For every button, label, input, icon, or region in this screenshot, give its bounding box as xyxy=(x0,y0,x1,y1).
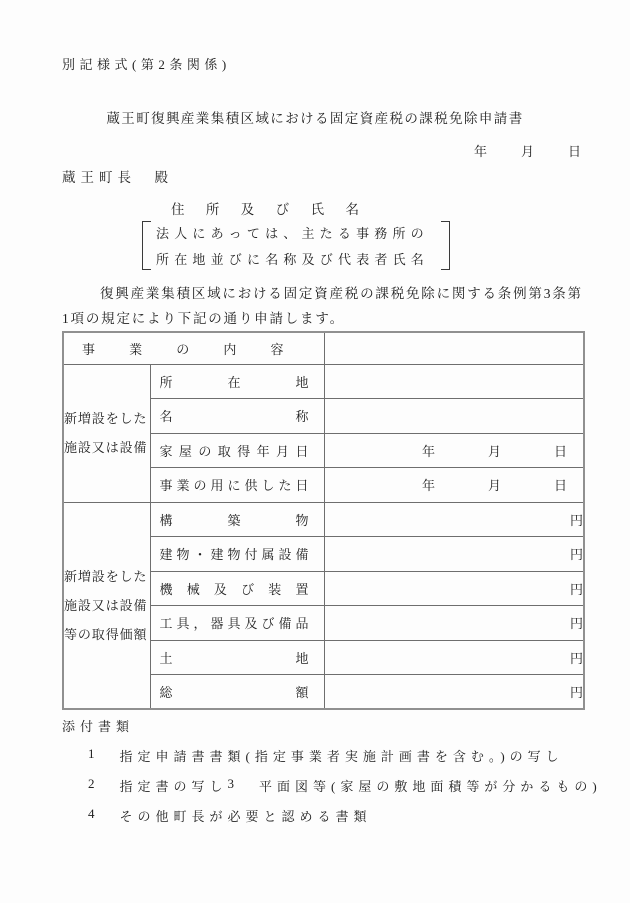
business-content-blank-cell xyxy=(324,332,584,364)
document-page: 別記様式(第2条関係) 蔵王町復興産業集積区域における固定資産税の課税免除申請書… xyxy=(0,0,630,903)
date-line: 年 月 日 xyxy=(62,141,583,160)
location-label: 所在地 xyxy=(151,372,324,391)
buildings-label: 建物・建物付属設備 xyxy=(151,544,324,563)
name-label-cell: 名称 xyxy=(150,399,324,434)
corporate-note-bracket-right xyxy=(441,221,450,270)
attachment-item-text: その他町長が必要と認める書類 xyxy=(120,806,372,825)
addressee-line: 蔵王町長 殿 xyxy=(62,166,173,186)
group1-header-line2: 施設又は設備 xyxy=(64,433,150,462)
machinery-label: 機械及び装置 xyxy=(151,579,324,598)
tools-label: 工具，器具及び備品 xyxy=(151,613,324,632)
group2-header-cell: 新増設をした 施設又は設備 等の取得価額 xyxy=(63,502,150,709)
date-day-label: 日 xyxy=(568,141,581,160)
machinery-label-cell: 機械及び装置 xyxy=(150,571,324,606)
corporate-note-line1: 法人にあっては、主たる事務所の xyxy=(156,223,429,242)
service-date-value-cell: 年 月 日 xyxy=(324,468,584,503)
month-unit-label: 月 xyxy=(488,475,501,494)
business-content-label-cell: 事業の内容 xyxy=(63,332,324,364)
body-text-line2: 1項の規定により下記の通り申請します。 xyxy=(62,307,345,327)
total-label: 総額 xyxy=(151,682,324,701)
tools-label-cell: 工具，器具及び備品 xyxy=(150,606,324,641)
attachment-item-text: 平面図等(家屋の敷地面積等が分かるもの) xyxy=(259,776,602,795)
yen-unit-label: 円 xyxy=(570,685,583,700)
attachment-item-4: 4 その他町長が必要と認める書類 xyxy=(88,806,583,825)
land-label: 土地 xyxy=(151,648,324,667)
group2-header-line2: 施設又は設備 xyxy=(64,591,150,620)
group2-header-line1: 新増設をした xyxy=(64,562,150,591)
attachment-item: 4 その他町長が必要と認める書類 xyxy=(88,806,372,825)
attachment-item: 2 指定書の写し xyxy=(88,776,228,795)
table-row-location: 新増設をした 施設又は設備 所在地 xyxy=(63,364,584,399)
location-blank-cell xyxy=(324,364,584,399)
year-unit-label: 年 xyxy=(422,475,435,494)
day-unit-label: 日 xyxy=(554,475,567,494)
group1-header-cell: 新増設をした 施設又は設備 xyxy=(63,364,150,502)
total-label-cell: 総額 xyxy=(150,675,324,710)
service-date-label-cell: 事業の用に供した日 xyxy=(150,468,324,503)
form-note: 別記様式(第2条関係) xyxy=(62,54,231,73)
acquisition-date-units: 年 月 日 xyxy=(325,441,584,460)
yen-unit-label: 円 xyxy=(570,582,583,597)
acquisition-date-value-cell: 年 月 日 xyxy=(324,433,584,468)
service-date-units: 年 月 日 xyxy=(325,475,584,494)
structures-label-cell: 構築物 xyxy=(150,502,324,537)
land-amount-cell: 円 xyxy=(324,640,584,675)
yen-unit-label: 円 xyxy=(570,616,583,631)
date-year-label: 年 xyxy=(474,141,487,160)
structures-label: 構築物 xyxy=(151,510,324,529)
group1-header-line1: 新増設をした xyxy=(64,404,150,433)
attachment-item: 3 平面図等(家屋の敷地面積等が分かるもの) xyxy=(228,776,602,795)
body-text-line1: 復興産業集積区域における固定資産税の課税免除に関する条例第3条第 xyxy=(62,282,622,302)
corporate-note-bracket-left xyxy=(142,221,151,270)
table-row-structures: 新増設をした 施設又は設備 等の取得価額 構築物 円 xyxy=(63,502,584,537)
attachment-item-text: 指定申請書書類(指定事業者実施計画書を含む。)の写し xyxy=(120,746,564,765)
table-row-business: 事業の内容 xyxy=(63,332,584,364)
business-content-label: 事業の内容 xyxy=(64,339,324,358)
service-date-label: 事業の用に供した日 xyxy=(151,475,324,494)
location-label-cell: 所在地 xyxy=(150,364,324,399)
year-unit-label: 年 xyxy=(422,441,435,460)
buildings-amount-cell: 円 xyxy=(324,537,584,572)
tools-amount-cell: 円 xyxy=(324,606,584,641)
machinery-amount-cell: 円 xyxy=(324,571,584,606)
applicant-address-name-label: 住所及び氏名 xyxy=(171,198,359,218)
month-unit-label: 月 xyxy=(488,441,501,460)
attachment-items-2-3: 2 指定書の写し 3 平面図等(家屋の敷地面積等が分かるもの) xyxy=(88,776,583,795)
attachment-item-number: 3 xyxy=(228,776,240,795)
yen-unit-label: 円 xyxy=(570,513,583,528)
acquisition-date-label-cell: 家屋の取得年月日 xyxy=(150,433,324,468)
name-blank-cell xyxy=(324,399,584,434)
attachments-title: 添付書類 xyxy=(62,716,134,735)
page-title: 蔵王町復興産業集積区域における固定資産税の課税免除申請書 xyxy=(0,107,630,127)
attachments-section: 添付書類 1 指定申請書書類(指定事業者実施計画書を含む。)の写し 2 指定書の… xyxy=(62,716,583,826)
yen-unit-label: 円 xyxy=(570,651,583,666)
attachment-item-text: 指定書の写し xyxy=(120,776,228,795)
yen-unit-label: 円 xyxy=(570,547,583,562)
day-unit-label: 日 xyxy=(554,441,567,460)
attachment-item-1: 1 指定申請書書類(指定事業者実施計画書を含む。)の写し xyxy=(88,746,583,765)
structures-amount-cell: 円 xyxy=(324,502,584,537)
application-table: 事業の内容 新増設をした 施設又は設備 所在地 名称 xyxy=(62,331,585,710)
attachment-item-number: 2 xyxy=(88,776,100,795)
attachment-item-number: 4 xyxy=(88,806,100,825)
corporate-note-line2: 所在地並びに名称及び代表者氏名 xyxy=(156,249,429,268)
land-label-cell: 土地 xyxy=(150,640,324,675)
date-month-label: 月 xyxy=(521,141,534,160)
buildings-label-cell: 建物・建物付属設備 xyxy=(150,537,324,572)
name-label: 名称 xyxy=(151,406,324,425)
attachment-item: 1 指定申請書書類(指定事業者実施計画書を含む。)の写し xyxy=(88,746,564,765)
group2-header-line3: 等の取得価額 xyxy=(64,620,150,649)
acquisition-date-label: 家屋の取得年月日 xyxy=(151,441,324,460)
total-amount-cell: 円 xyxy=(324,675,584,710)
attachment-item-number: 1 xyxy=(88,746,100,765)
